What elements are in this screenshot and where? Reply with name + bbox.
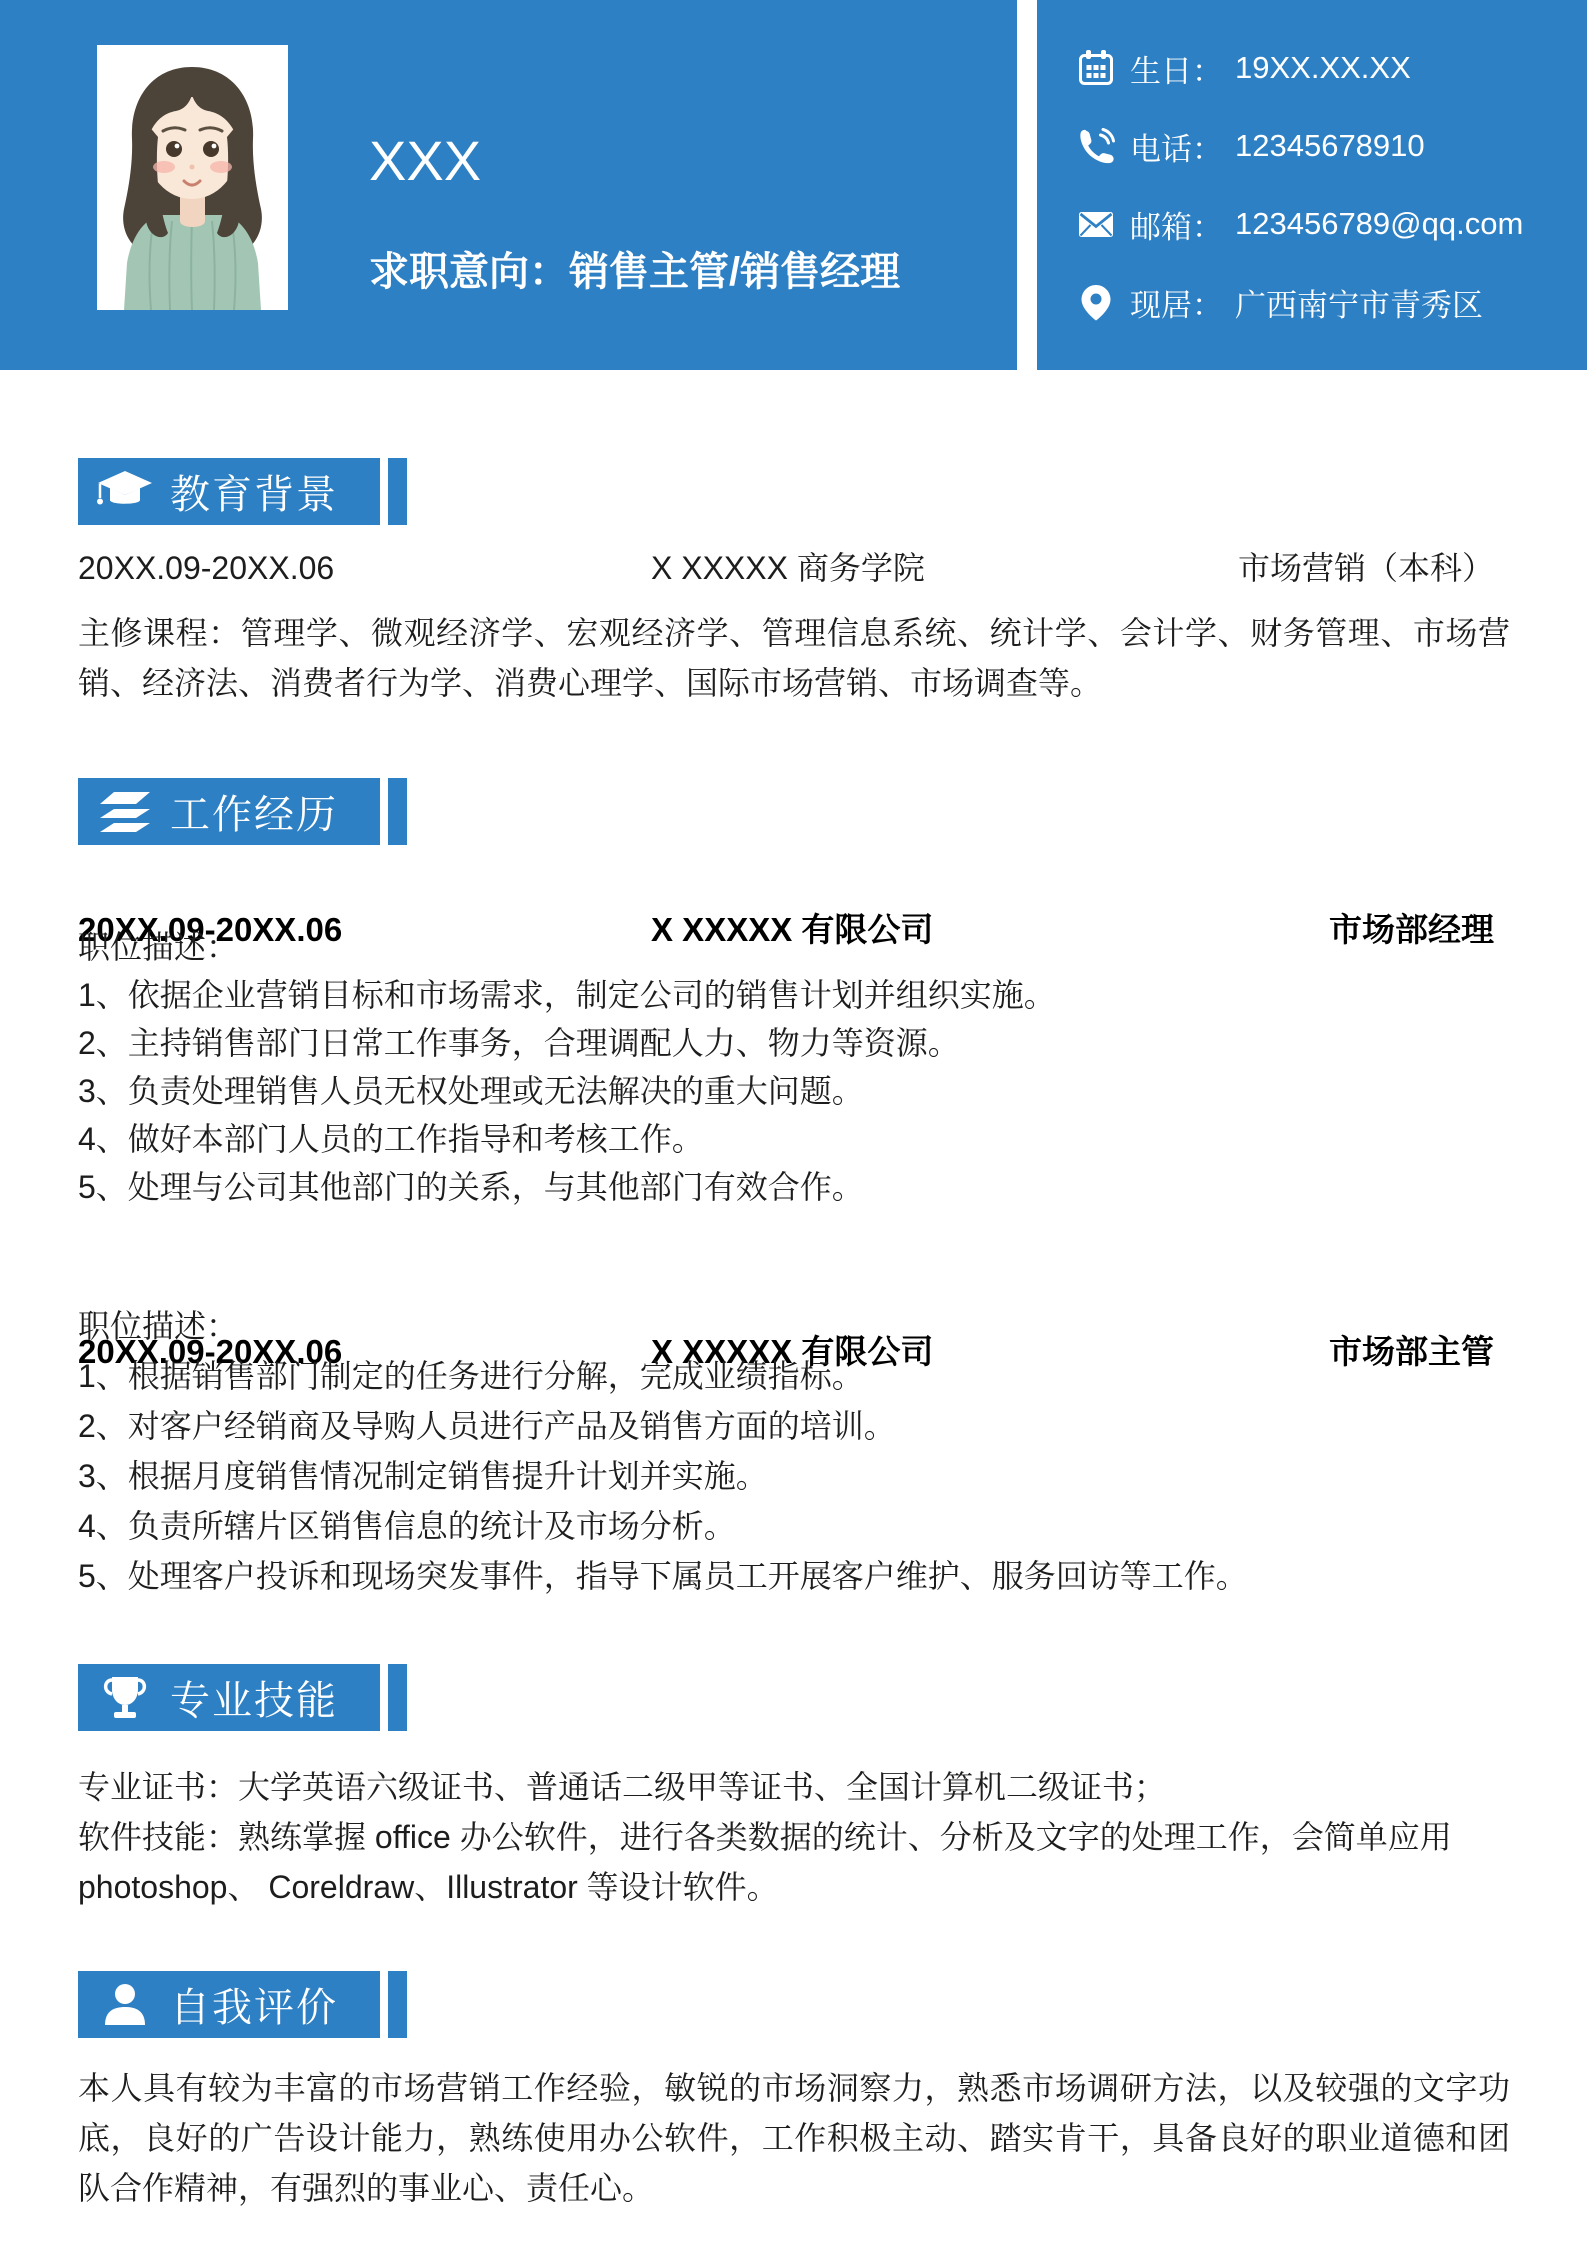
section-title: 教育背景 <box>170 463 338 520</box>
job-desc-item: 5、处理与公司其他部门的关系，与其他部门有效合作。 <box>78 1163 1510 1211</box>
job-desc-label: 职位描述： <box>78 923 1510 971</box>
section-header-education: 教育背景 <box>78 458 407 525</box>
section-title: 自我评价 <box>170 1976 338 2033</box>
section-header-skills: 专业技能 <box>78 1664 407 1731</box>
section-band-tail <box>388 458 407 525</box>
profile-photo <box>97 45 288 310</box>
job-desc-item: 1、根据销售部门制定的任务进行分解，完成业绩指标。 <box>78 1351 1510 1401</box>
candidate-name: XXX <box>369 128 481 194</box>
job-desc-item: 4、负责所辖片区销售信息的统计及市场分析。 <box>78 1501 1510 1551</box>
section-title: 工作经历 <box>170 783 338 840</box>
section-band: 专业技能 <box>78 1664 380 1731</box>
job-desc-item: 3、根据月度销售情况制定销售提升计划并实施。 <box>78 1451 1510 1501</box>
graduation-cap-icon <box>97 468 153 516</box>
education-row: 20XX.09-20XX.06 X XXXXX 商务学院 市场营销（本科） <box>78 546 1510 590</box>
layers-icon <box>97 788 153 836</box>
skills-software: 软件技能：熟练掌握 office 办公软件，进行各类数据的统计、分析及文字的处理… <box>78 1812 1510 1912</box>
job-desc-item: 3、负责处理销售人员无权处理或无法解决的重大问题。 <box>78 1067 1510 1115</box>
cartoon-avatar <box>97 45 288 310</box>
contact-row-phone: 电话： 12345678910 <box>1077 107 1577 185</box>
contact-row-email: 邮箱： 123456789@qq.com <box>1077 185 1577 263</box>
job-desc-item: 4、做好本部门人员的工作指导和考核工作。 <box>78 1115 1510 1163</box>
section-band: 自我评价 <box>78 1971 380 2038</box>
person-icon <box>97 1981 153 2029</box>
evaluation-text: 本人具有较为丰富的市场营销工作经验，敏锐的市场洞察力，熟悉市场调研方法，以及较强… <box>78 2063 1510 2213</box>
job-objective: 求职意向：销售主管/销售经理 <box>369 246 900 298</box>
education-major: 市场营销（本科） <box>1238 546 1494 590</box>
job-desc-item: 2、主持销售部门日常工作事务，合理调配人力、物力等资源。 <box>78 1019 1510 1067</box>
education-period: 20XX.09-20XX.06 <box>78 550 334 586</box>
header-right-panel: 生日： 19XX.XX.XX 电话： 12345678910 <box>1037 0 1587 370</box>
skills-block: 专业证书：大学英语六级证书、普通话二级甲等证书、全国计算机二级证书； 软件技能：… <box>78 1762 1510 1912</box>
contact-value-birthday: 19XX.XX.XX <box>1235 50 1411 86</box>
mail-icon <box>1077 205 1115 243</box>
contact-label: 生日： <box>1130 46 1223 91</box>
job-desc-item: 2、对客户经销商及导购人员进行产品及销售方面的培训。 <box>78 1401 1510 1451</box>
section-header-evaluation: 自我评价 <box>78 1971 407 2038</box>
job-description: 职位描述： 1、根据销售部门制定的任务进行分解，完成业绩指标。 2、对客户经销商… <box>78 1301 1510 1601</box>
contact-row-birthday: 生日： 19XX.XX.XX <box>1077 29 1577 107</box>
job-desc-item: 1、依据企业营销目标和市场需求，制定公司的销售计划并组织实施。 <box>78 971 1510 1019</box>
contact-label: 邮箱： <box>1130 202 1223 247</box>
section-band-tail <box>388 1971 407 2038</box>
contact-value-email: 123456789@qq.com <box>1235 206 1523 242</box>
section-band: 工作经历 <box>78 778 380 845</box>
calendar-icon <box>1077 49 1115 87</box>
section-band-tail <box>388 1664 407 1731</box>
phone-icon <box>1077 127 1115 165</box>
resume-page: XXX 求职意向：销售主管/销售经理 <box>0 0 1587 2245</box>
contact-value-phone: 12345678910 <box>1235 128 1425 164</box>
section-header-work: 工作经历 <box>78 778 407 845</box>
contact-list: 生日： 19XX.XX.XX 电话： 12345678910 <box>1077 29 1577 341</box>
job-desc-label: 职位描述： <box>78 1301 1510 1351</box>
contact-label: 电话： <box>1130 124 1223 169</box>
skills-certificates: 专业证书：大学英语六级证书、普通话二级甲等证书、全国计算机二级证书； <box>78 1762 1510 1812</box>
section-title: 专业技能 <box>170 1669 338 1726</box>
job-desc-item: 5、处理客户投诉和现场突发事件，指导下属员工开展客户维护、服务回访等工作。 <box>78 1551 1510 1601</box>
location-icon <box>1077 283 1115 321</box>
education-school: X XXXXX 商务学院 <box>651 546 925 590</box>
section-band-tail <box>388 778 407 845</box>
contact-value-address: 广西南宁市青秀区 <box>1235 280 1483 325</box>
job-description: 职位描述： 1、依据企业营销目标和市场需求，制定公司的销售计划并组织实施。 2、… <box>78 923 1510 1211</box>
education-courses: 主修课程：管理学、微观经济学、宏观经济学、管理信息系统、统计学、会计学、财务管理… <box>78 608 1510 708</box>
trophy-icon <box>97 1674 153 1722</box>
contact-row-address: 现居： 广西南宁市青秀区 <box>1077 263 1577 341</box>
section-band: 教育背景 <box>78 458 380 525</box>
contact-label: 现居： <box>1130 280 1223 325</box>
